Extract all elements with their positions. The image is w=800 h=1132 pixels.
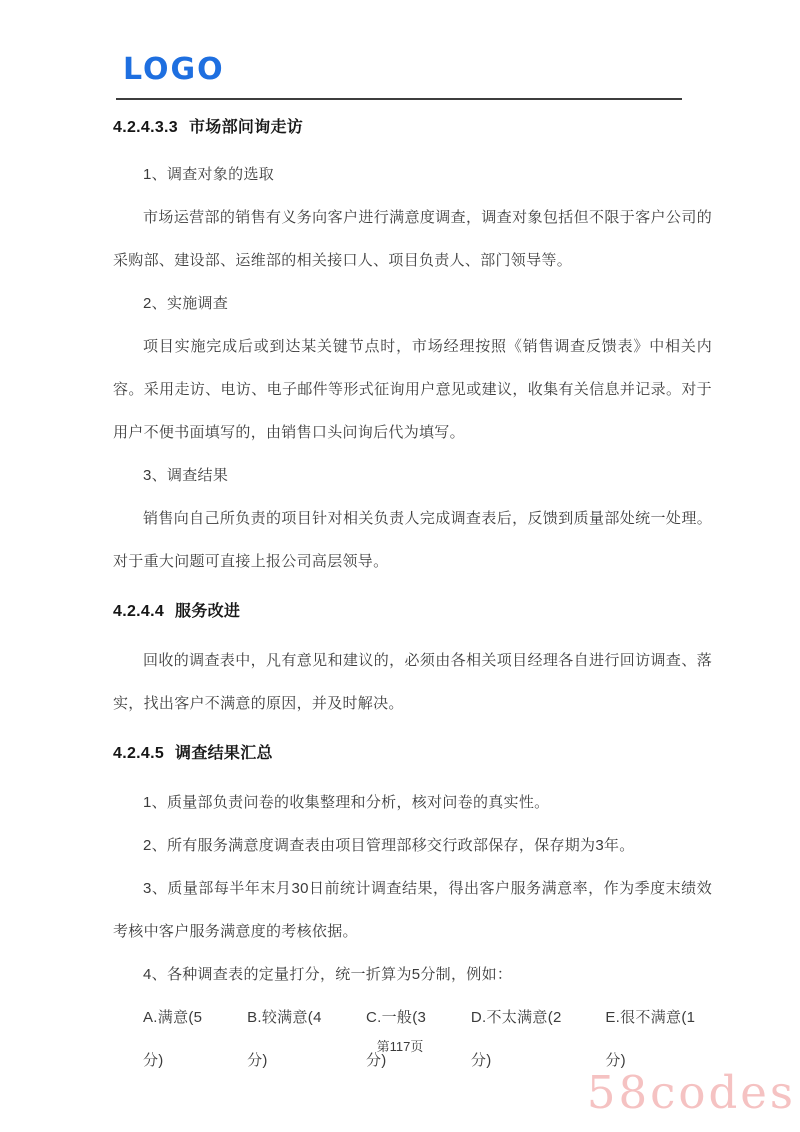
paragraph: 销售向自己所负责的项目针对相关负责人完成调查表后，反馈到质量部处统一处理。对于重… — [113, 497, 712, 583]
section-number: 4.2.4.3.3 — [113, 119, 178, 136]
section-number: 4.2.4.4 — [113, 603, 164, 620]
section-title: 服务改进 — [175, 603, 240, 620]
paragraph: 回收的调查表中，凡有意见和建议的，必须由各相关项目经理各自进行回访调查、落实，找… — [113, 639, 712, 725]
document-page: LOGO 4.2.4.3.3市场部问询走访 1、调查对象的选取 市场运营部的销售… — [0, 0, 800, 1132]
section-title: 调查结果汇总 — [175, 745, 273, 762]
page-number: 第117页 — [377, 1039, 424, 1054]
page-footer: 第117页 — [0, 1036, 800, 1055]
header-divider — [116, 98, 682, 100]
paragraph: 市场运营部的销售有义务向客户进行满意度调查，调查对象包括但不限于客户公司的采购部… — [113, 196, 712, 282]
numbered-item: 3、质量部每半年末月30日前统计调查结果，得出客户服务满意率，作为季度末绩效考核… — [113, 867, 712, 953]
paragraph: 项目实施完成后或到达某关键节点时，市场经理按照《销售调查反馈表》中相关内容。采用… — [113, 325, 712, 454]
section-title: 市场部问询走访 — [189, 119, 303, 136]
page-header: LOGO — [116, 52, 682, 100]
section-heading: 4.2.4.4服务改进 — [113, 599, 712, 625]
numbered-item: 2、实施调查 — [113, 282, 712, 325]
company-logo: LOGO — [116, 52, 225, 87]
section-number: 4.2.4.5 — [113, 745, 164, 762]
section-heading: 4.2.4.3.3市场部问询走访 — [113, 115, 712, 141]
numbered-item: 3、调查结果 — [113, 454, 712, 497]
numbered-item: 2、所有服务满意度调查表由项目管理部移交行政部保存，保存期为3年。 — [113, 824, 712, 867]
numbered-item: 1、质量部负责问卷的收集整理和分析，核对问卷的真实性。 — [113, 781, 712, 824]
numbered-item: 1、调查对象的选取 — [113, 153, 712, 196]
document-body: 4.2.4.3.3市场部问询走访 1、调查对象的选取 市场运营部的销售有义务向客… — [113, 115, 712, 1082]
section-heading: 4.2.4.5调查结果汇总 — [113, 741, 712, 767]
numbered-item: 4、各种调查表的定量打分，统一折算为5分制，例如： — [113, 953, 712, 996]
